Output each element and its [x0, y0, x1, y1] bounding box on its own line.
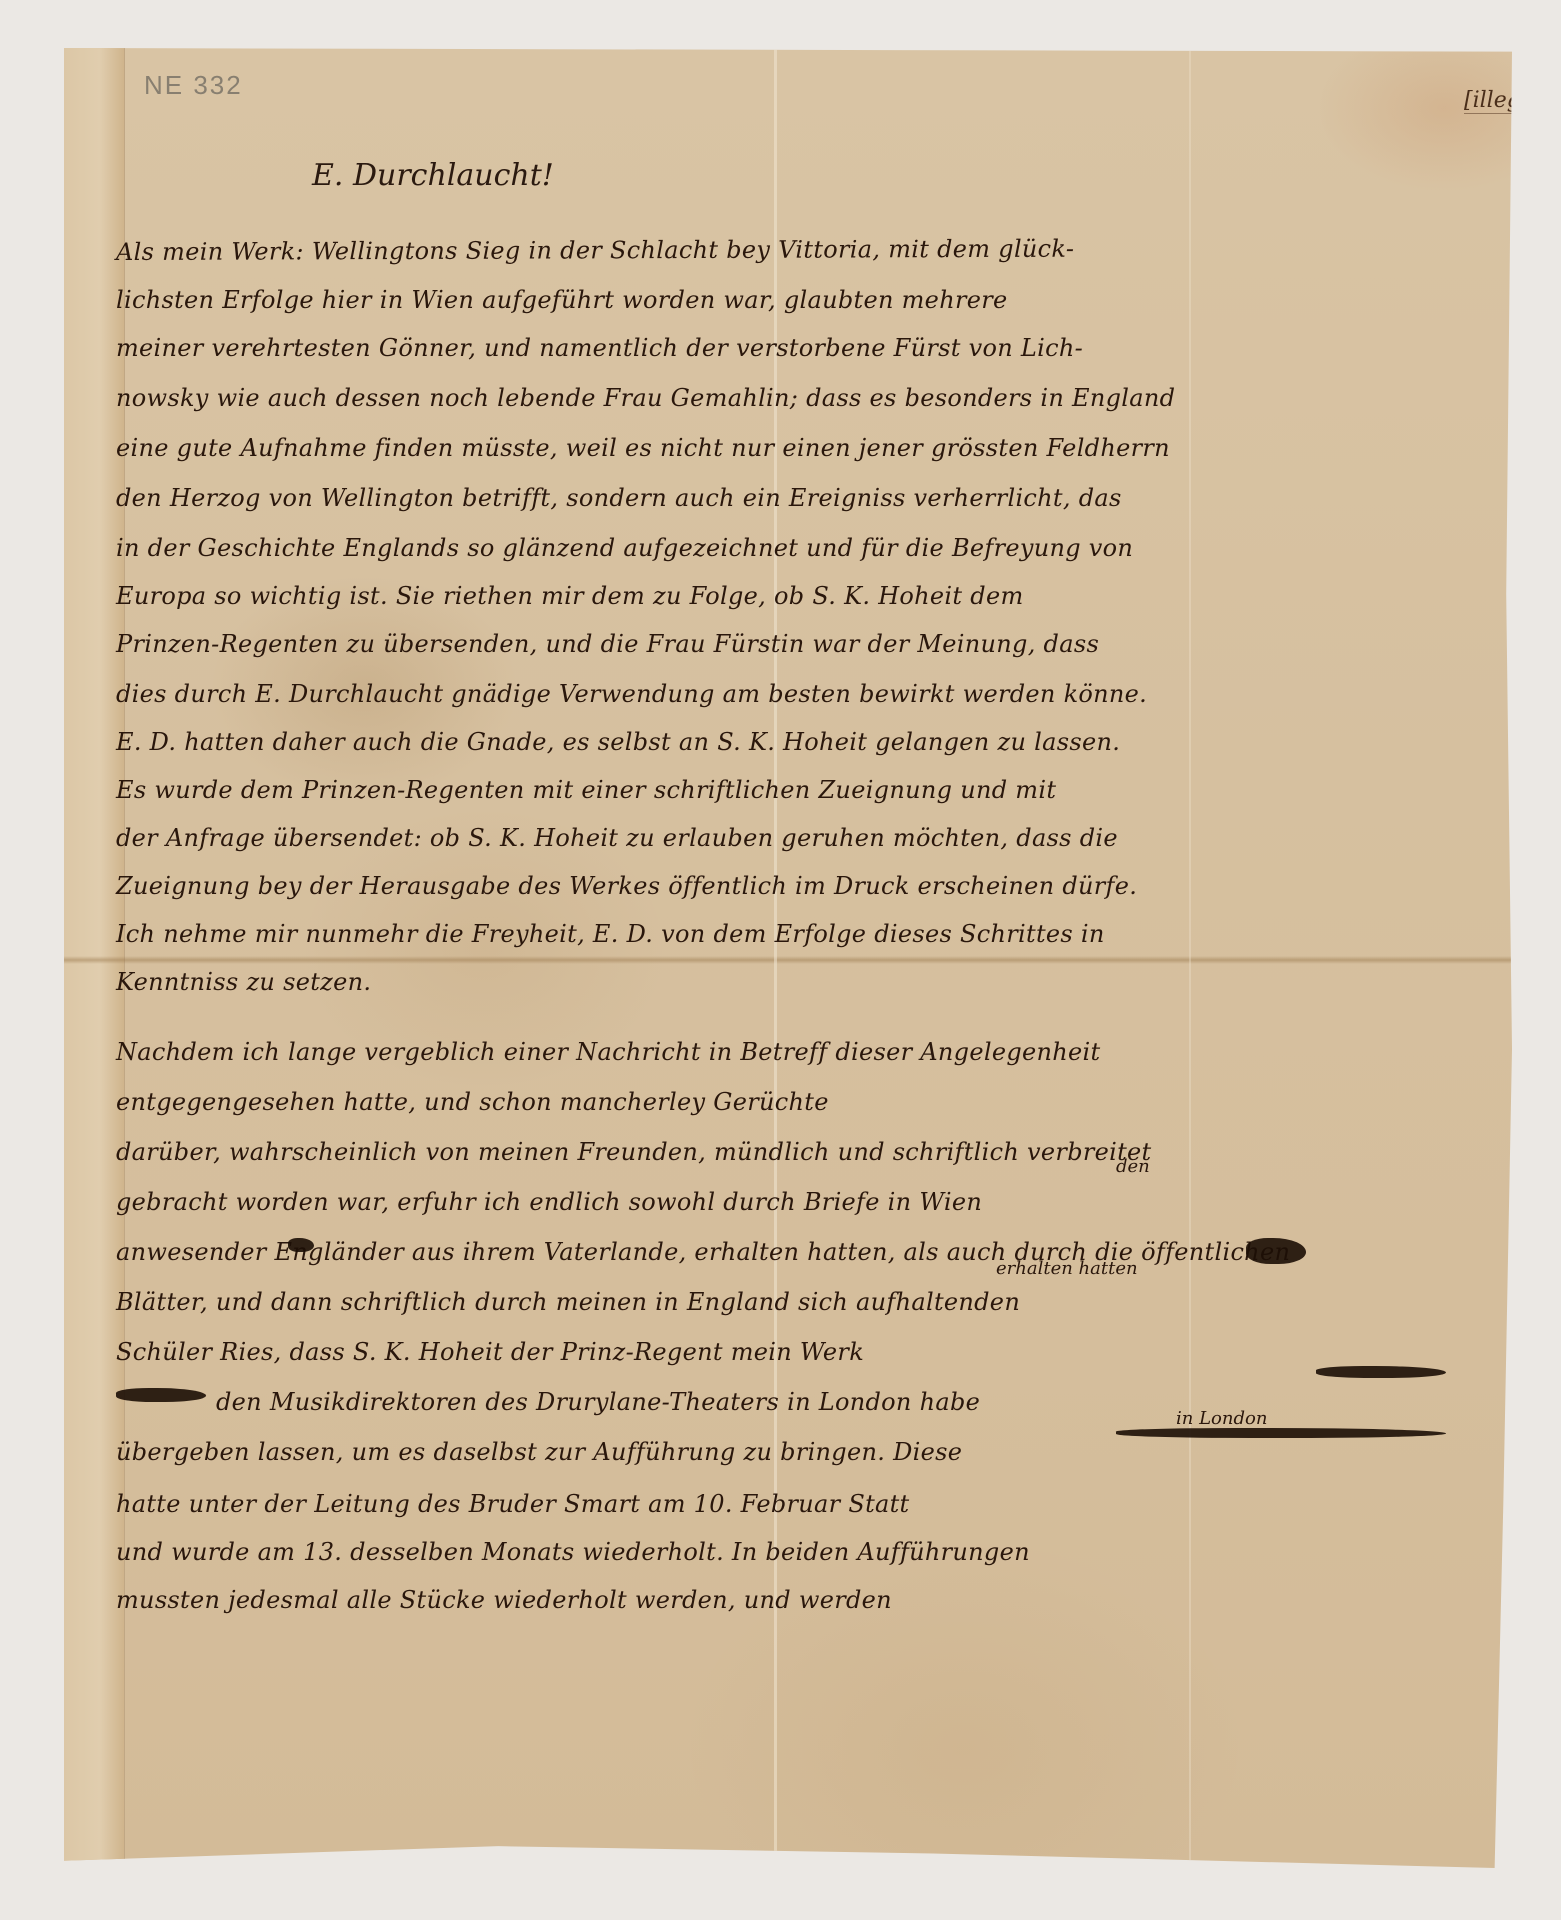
letter-line: Schüler Ries, dass S. K. Hoheit der Prin…	[116, 1338, 864, 1366]
ink-strikeout	[1316, 1366, 1446, 1378]
horizontal-fold-crease	[64, 956, 1512, 964]
letter-line: und wurde am 13. desselben Monats wieder…	[116, 1538, 1030, 1566]
letter-line: gebracht worden war, erfuhr ich endlich …	[116, 1188, 982, 1216]
letter-line: Kenntniss zu setzen.	[116, 968, 371, 996]
interlinear-insertion: erhalten hatten	[996, 1258, 1138, 1279]
letter-line: Zueignung bey der Herausgabe des Werkes …	[116, 872, 1137, 900]
interlinear-insertion: in London	[1176, 1408, 1267, 1429]
letter-line: Es wurde dem Prinzen-Regenten mit einer …	[116, 776, 1056, 804]
letter-line: meiner verehrtesten Gönner, und namentli…	[116, 334, 1083, 362]
letter-line: E. D. hatten daher auch die Gnade, es se…	[116, 728, 1120, 756]
letter-line: lichsten Erfolge hier in Wien aufgeführt…	[116, 286, 1008, 314]
ink-strikeout	[288, 1238, 314, 1252]
letter-line: Als mein Werk: Wellingtons Sieg in der S…	[116, 235, 1074, 266]
letter-line: nowsky wie auch dessen noch lebende Frau…	[116, 384, 1175, 412]
vertical-fold-crease-right	[1189, 48, 1191, 1868]
letter-line: der Anfrage übersendet: ob S. K. Hoheit …	[116, 824, 1118, 852]
ink-strikeout	[1116, 1428, 1446, 1438]
ink-strikeout	[116, 1388, 206, 1402]
letter-line: in der Geschichte Englands so glänzend a…	[116, 534, 1133, 562]
letter-line: Ich nehme mir nunmehr die Freyheit, E. D…	[116, 920, 1105, 948]
manuscript-page: NE 332 [illegible] E. Durchlaucht! Als m…	[64, 48, 1512, 1868]
letter-line: entgegengesehen hatte, und schon mancher…	[116, 1088, 829, 1116]
letter-line: Europa so wichtig ist. Sie riethen mir d…	[116, 582, 1024, 610]
interlinear-insertion: den	[1116, 1156, 1150, 1177]
page-number-mark: [illegible]	[1464, 88, 1561, 114]
letter-line: Blätter, und dann schriftlich durch mein…	[116, 1288, 1020, 1316]
letter-line: darüber, wahrscheinlich von meinen Freun…	[116, 1138, 1152, 1166]
letter-line: eine gute Aufnahme finden müsste, weil e…	[116, 434, 1170, 462]
letter-line: dies durch E. Durchlaucht gnädige Verwen…	[116, 680, 1147, 708]
archive-mark: NE 332	[144, 70, 243, 101]
letter-line: Prinzen-Regenten zu übersenden, und die …	[116, 630, 1099, 658]
letter-line: übergeben lassen, um es daselbst zur Auf…	[116, 1438, 962, 1466]
letter-line: hatte unter der Leitung des Bruder Smart…	[116, 1490, 910, 1518]
letter-line: den Herzog von Wellington betrifft, sond…	[116, 484, 1122, 512]
ink-strikeout	[1246, 1238, 1306, 1264]
salutation: E. Durchlaucht!	[312, 158, 554, 193]
letter-line: Nachdem ich lange vergeblich einer Nachr…	[116, 1038, 1100, 1066]
letter-line: mussten jedesmal alle Stücke wiederholt …	[116, 1586, 892, 1614]
letter-line: den Musikdirektoren des Drurylane-Theate…	[216, 1388, 980, 1416]
